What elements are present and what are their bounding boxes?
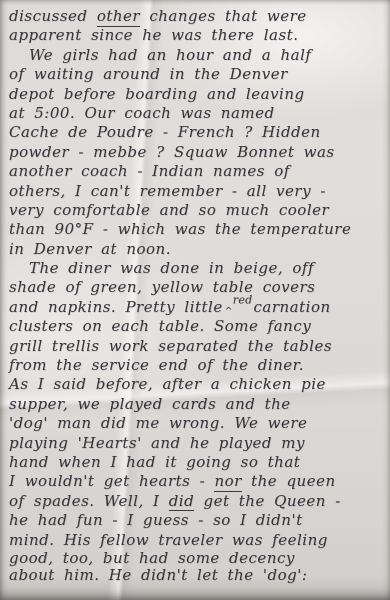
handwriting-text: in Denver at noon. — [9, 240, 171, 258]
handwriting-text: clusters on each table. Some fancy — [9, 317, 311, 335]
handwriting-line: grill trellis work separated the tables — [9, 337, 378, 356]
handwriting-line: about him. He didn't let the 'dog': — [9, 567, 378, 584]
underlined-word: nor — [214, 472, 241, 492]
handwriting-line: clusters on each table. Some fancy — [9, 317, 378, 336]
handwriting-line: good, too, but had some decency — [9, 550, 378, 567]
handwriting-text: powder - mebbe ? Squaw Bonnet was — [9, 143, 335, 161]
underlined-word: other — [97, 7, 140, 27]
handwriting-text: at 5:00. Our coach was named — [9, 104, 275, 122]
handwriting-line: We girls had an hour and a half — [9, 46, 378, 65]
handwriting-text: shade of green, yellow table covers — [9, 278, 315, 296]
handwriting-line: mind. His fellow traveler was feeling — [9, 531, 378, 550]
handwriting-line: from the service end of the diner. — [9, 356, 378, 375]
handwriting-line: shade of green, yellow table covers — [9, 278, 378, 297]
handwriting-line: at 5:00. Our coach was named — [9, 104, 378, 123]
handwriting-text: discussed — [9, 7, 97, 25]
handwriting-text: about him. He didn't let the 'dog': — [9, 566, 307, 584]
inserted-word: red — [233, 290, 253, 309]
handwriting-line: in Denver at noon. — [9, 240, 378, 259]
handwriting-line: of spades. Well, I did get the Queen - — [9, 492, 378, 511]
handwriting-text: playing 'Hearts' and he played my — [9, 434, 305, 452]
handwriting-text: from the service end of the diner. — [9, 356, 304, 374]
letter-page: discussed other changes that wereapparen… — [0, 0, 390, 600]
letter-body: discussed other changes that wereapparen… — [9, 7, 378, 583]
handwriting-line: hand when I had it going so that — [9, 453, 378, 472]
handwriting-line: very comfortable and so much cooler — [9, 201, 378, 220]
handwriting-text: The diner was done in beige, off — [29, 259, 314, 277]
handwriting-text: than 90°F - which was the temperature — [9, 220, 351, 238]
insert-caret: ^ — [225, 303, 233, 322]
handwriting-text: depot before boarding and leaving — [9, 85, 305, 103]
handwriting-text: I wouldn't get hearts - — [9, 472, 214, 490]
handwriting-line: Cache de Poudre - French ? Hidden — [9, 123, 378, 142]
handwriting-text: he had fun - I guess - so I didn't — [9, 511, 303, 529]
handwriting-text: changes that were — [140, 7, 307, 25]
handwriting-line: apparent since he was there last. — [9, 26, 378, 45]
handwriting-text: good, too, but had some decency — [9, 549, 295, 567]
handwriting-text: another coach - Indian names of — [9, 162, 290, 180]
underlined-word: did — [169, 492, 195, 512]
handwriting-line: discussed other changes that were — [9, 7, 378, 26]
handwriting-line: playing 'Hearts' and he played my — [9, 434, 378, 453]
handwriting-text: We girls had an hour and a half — [29, 46, 311, 64]
handwriting-text: the queen — [242, 472, 336, 490]
handwriting-line: supper, we played cards and the — [9, 395, 378, 414]
handwriting-line: The diner was done in beige, off — [9, 259, 378, 278]
handwriting-line: another coach - Indian names of — [9, 162, 378, 181]
handwriting-text: 'dog' man did me wrong. We were — [9, 414, 307, 432]
handwriting-line: than 90°F - which was the temperature — [9, 220, 378, 239]
handwriting-text: grill trellis work separated the tables — [9, 337, 332, 355]
handwriting-text: of waiting around in the Denver — [9, 65, 288, 83]
handwriting-line: powder - mebbe ? Squaw Bonnet was — [9, 143, 378, 162]
handwriting-text: and napkins. Pretty little — [9, 298, 223, 316]
handwriting-line: of waiting around in the Denver — [9, 65, 378, 84]
handwriting-text: get the Queen - — [194, 492, 341, 510]
handwriting-text: others, I can't remember - all very - — [9, 182, 326, 200]
handwriting-text: hand when I had it going so that — [9, 453, 300, 471]
handwriting-line: I wouldn't get hearts - nor the queen — [9, 472, 378, 491]
handwriting-line: and napkins. Pretty little^redcarnation — [9, 298, 378, 317]
handwriting-text: As I said before, after a chicken pie — [9, 375, 326, 393]
handwriting-line: he had fun - I guess - so I didn't — [9, 511, 378, 530]
handwriting-text: of spades. Well, I — [9, 492, 169, 510]
handwriting-text: supper, we played cards and the — [9, 395, 291, 413]
handwriting-line: others, I can't remember - all very - — [9, 182, 378, 201]
handwriting-line: As I said before, after a chicken pie — [9, 375, 378, 394]
handwriting-text: very comfortable and so much cooler — [9, 201, 329, 219]
handwriting-text: mind. His fellow traveler was feeling — [9, 531, 328, 549]
handwriting-text: apparent since he was there last. — [9, 26, 298, 44]
handwriting-text: carnation — [254, 298, 331, 316]
handwriting-line: 'dog' man did me wrong. We were — [9, 414, 378, 433]
handwriting-line: depot before boarding and leaving — [9, 85, 378, 104]
handwriting-text: Cache de Poudre - French ? Hidden — [9, 123, 321, 141]
